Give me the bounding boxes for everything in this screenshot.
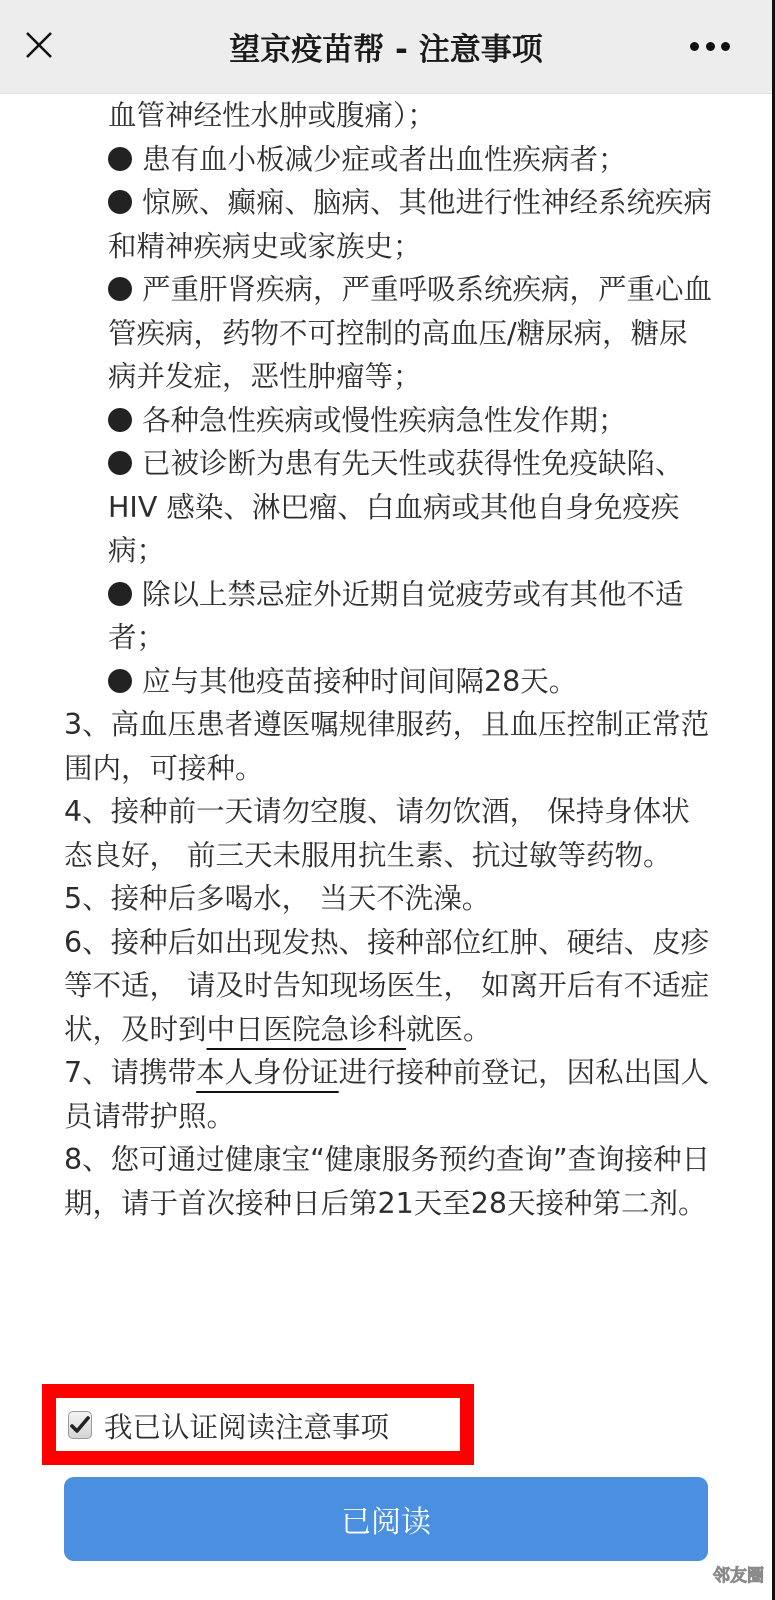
confirm-read-checkbox-row[interactable]: 我已认证阅读注意事项 bbox=[68, 1405, 389, 1445]
page-title: 望京疫苗帮 - 注意事项 bbox=[0, 24, 772, 69]
notice-item-7-text: 7、请携带 bbox=[64, 1056, 196, 1089]
hospital-emergency-link: 中日医院急诊科 bbox=[207, 1013, 407, 1046]
more-dots-icon bbox=[690, 42, 699, 51]
list-item-text: 应与其他疫苗接种时间间隔28天。 bbox=[142, 665, 577, 698]
bullet-icon bbox=[108, 451, 132, 475]
list-item-text: 患有血小板减少症或者出血性疾病者； bbox=[142, 143, 627, 176]
mark-as-read-button[interactable]: 已阅读 bbox=[64, 1477, 708, 1561]
page: 望京疫苗帮 - 注意事项 血管神经性水肿或腹痛）； 患有血小板减少症或者出血性疾… bbox=[0, 0, 775, 1600]
list-item: 惊厥、癫痫、脑病、其他进行性神经系统疾病和精神疾病史或家族史； bbox=[108, 181, 714, 268]
notice-item-6: 6、接种后如出现发热、接种部位红肿、硬结、皮疹等不适， 请及时告知现场医生， 如… bbox=[64, 921, 714, 1052]
bullet-icon bbox=[108, 277, 132, 301]
list-item: 患有血小板减少症或者出血性疾病者； bbox=[108, 138, 714, 182]
list-item: 血管神经性水肿或腹痛）； bbox=[108, 94, 714, 138]
list-item-text: 已被诊断为患有先天性或获得性免疫缺陷、HIV 感染、淋巴瘤、白血病或其他自身免疫… bbox=[108, 447, 684, 567]
notice-item-6-tail: 就医。 bbox=[406, 1013, 492, 1046]
list-item: 严重肝肾疾病，严重呼吸系统疾病，严重心血管疾病，药物不可控制的高血压/糖尿病，糖… bbox=[108, 268, 714, 399]
notice-item-3: 3、高血压患者遵医嘱规律服药，且血压控制正常范围内，可接种。 bbox=[64, 703, 714, 790]
more-button[interactable] bbox=[690, 42, 730, 52]
notice-item-8: 8、您可通过健康宝“健康服务预约查询”查询接种日期，请于首次接种日后第21天至2… bbox=[64, 1138, 714, 1225]
list-item-text: 严重肝肾疾病，严重呼吸系统疾病，严重心血管疾病，药物不可控制的高血压/糖尿病，糖… bbox=[108, 273, 712, 393]
list-item-text: 除以上禁忌症外近期自觉疲劳或有其他不适者； bbox=[108, 578, 684, 655]
bullet-icon bbox=[108, 190, 132, 214]
list-item: 应与其他疫苗接种时间间隔28天。 bbox=[108, 660, 714, 704]
id-card-emphasis: 本人身份证 bbox=[196, 1056, 339, 1089]
watermark: 邻友圈 bbox=[713, 1561, 764, 1586]
confirm-read-label: 我已认证阅读注意事项 bbox=[104, 1405, 389, 1446]
list-item-text: 血管神经性水肿或腹痛）； bbox=[108, 99, 436, 132]
bullet-icon bbox=[108, 669, 132, 693]
more-dots-icon bbox=[706, 42, 715, 51]
list-item: 已被诊断为患有先天性或获得性免疫缺陷、HIV 感染、淋巴瘤、白血病或其他自身免疫… bbox=[108, 442, 714, 573]
bullet-icon bbox=[108, 408, 132, 432]
notice-item-7: 7、请携带本人身份证进行接种前登记，因私出国人员请带护照。 bbox=[64, 1051, 714, 1138]
confirm-read-checkbox[interactable] bbox=[68, 1411, 92, 1439]
bullet-icon bbox=[108, 147, 132, 171]
notice-item-5: 5、接种后多喝水， 当天不洗澡。 bbox=[64, 877, 714, 921]
list-item-text: 各种急性疾病或慢性疾病急性发作期； bbox=[142, 404, 627, 437]
list-item-text: 惊厥、癫痫、脑病、其他进行性神经系统疾病和精神疾病史或家族史； bbox=[108, 186, 712, 263]
bullet-icon bbox=[108, 582, 132, 606]
checkmark-icon bbox=[70, 1415, 90, 1435]
notice-content: 血管神经性水肿或腹痛）； 患有血小板减少症或者出血性疾病者； 惊厥、癫痫、脑病、… bbox=[64, 94, 714, 1225]
notice-item-4: 4、接种前一天请勿空腹、请勿饮酒， 保持身体状态良好， 前三天未服用抗生素、抗过… bbox=[64, 790, 714, 877]
more-dots-icon bbox=[721, 42, 730, 51]
navbar: 望京疫苗帮 - 注意事项 bbox=[0, 0, 772, 94]
list-item: 各种急性疾病或慢性疾病急性发作期； bbox=[108, 399, 714, 443]
contraindication-list: 血管神经性水肿或腹痛）； 患有血小板减少症或者出血性疾病者； 惊厥、癫痫、脑病、… bbox=[64, 94, 714, 703]
list-item: 除以上禁忌症外近期自觉疲劳或有其他不适者； bbox=[108, 573, 714, 660]
